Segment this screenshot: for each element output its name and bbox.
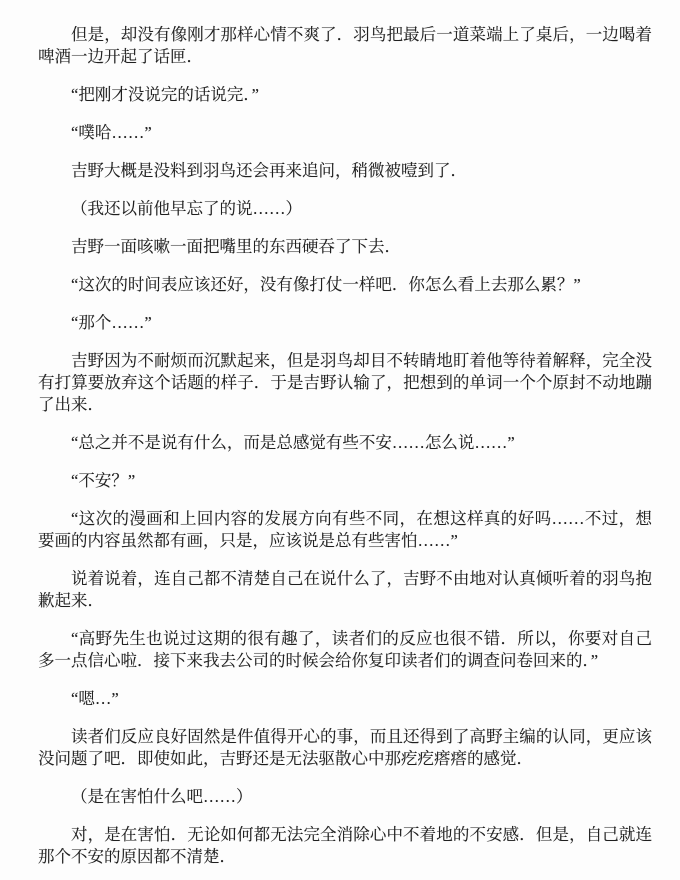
novel-page: 但是，却没有像刚才那样心情不爽了．羽鸟把最后一道菜端上了桌后，一边喝着啤酒一边开…	[0, 0, 680, 880]
dialogue-paragraph: “那个……”	[38, 312, 652, 334]
narration-paragraph: 但是，却没有像刚才那样心情不爽了．羽鸟把最后一道菜端上了桌后，一边喝着啤酒一边开…	[38, 24, 652, 68]
dialogue-paragraph: “不安？”	[38, 470, 652, 492]
narration-paragraph: 吉野一面咳嗽一面把嘴里的东西硬吞了下去．	[38, 236, 652, 258]
dialogue-paragraph: “总之并不是说有什么，而是总感觉有些不安……怎么说……”	[38, 432, 652, 454]
thought-paragraph: （我还以前他早忘了的说……）	[38, 198, 652, 220]
dialogue-paragraph: “高野先生也说过这期的很有趣了，读者们的反应也很不错．所以，你要对自己多一点信心…	[38, 628, 652, 672]
narration-paragraph: 读者们反应良好固然是件值得开心的事，而且还得到了高野主编的认同，更应该没问题了吧…	[38, 726, 652, 770]
text-column: 但是，却没有像刚才那样心情不爽了．羽鸟把最后一道菜端上了桌后，一边喝着啤酒一边开…	[38, 24, 652, 868]
narration-paragraph: 吉野因为不耐烦而沉默起来，但是羽鸟却目不转睛地盯着他等待着解释，完全没有打算要放…	[38, 350, 652, 416]
dialogue-paragraph: “嗯…”	[38, 688, 652, 710]
dialogue-paragraph: “把刚才没说完的话说完．”	[38, 84, 652, 106]
dialogue-paragraph: “这次的漫画和上回内容的发展方向有些不同，在想这样真的好吗……不过，想要画的内容…	[38, 508, 652, 552]
dialogue-paragraph: “噗哈……”	[38, 122, 652, 144]
narration-paragraph: 吉野大概是没料到羽鸟还会再来追问，稍微被噎到了．	[38, 160, 652, 182]
narration-paragraph: 说着说着，连自己都不清楚自己在说什么了，吉野不由地对认真倾听着的羽鸟抱歉起来．	[38, 568, 652, 612]
dialogue-paragraph: “这次的时间表应该还好，没有像打仗一样吧．你怎么看上去那么累？”	[38, 274, 652, 296]
thought-paragraph: （是在害怕什么吧……）	[38, 786, 652, 808]
narration-paragraph: 对，是在害怕．无论如何都无法完全消除心中不着地的不安感．但是，自己就连那个不安的…	[38, 824, 652, 868]
